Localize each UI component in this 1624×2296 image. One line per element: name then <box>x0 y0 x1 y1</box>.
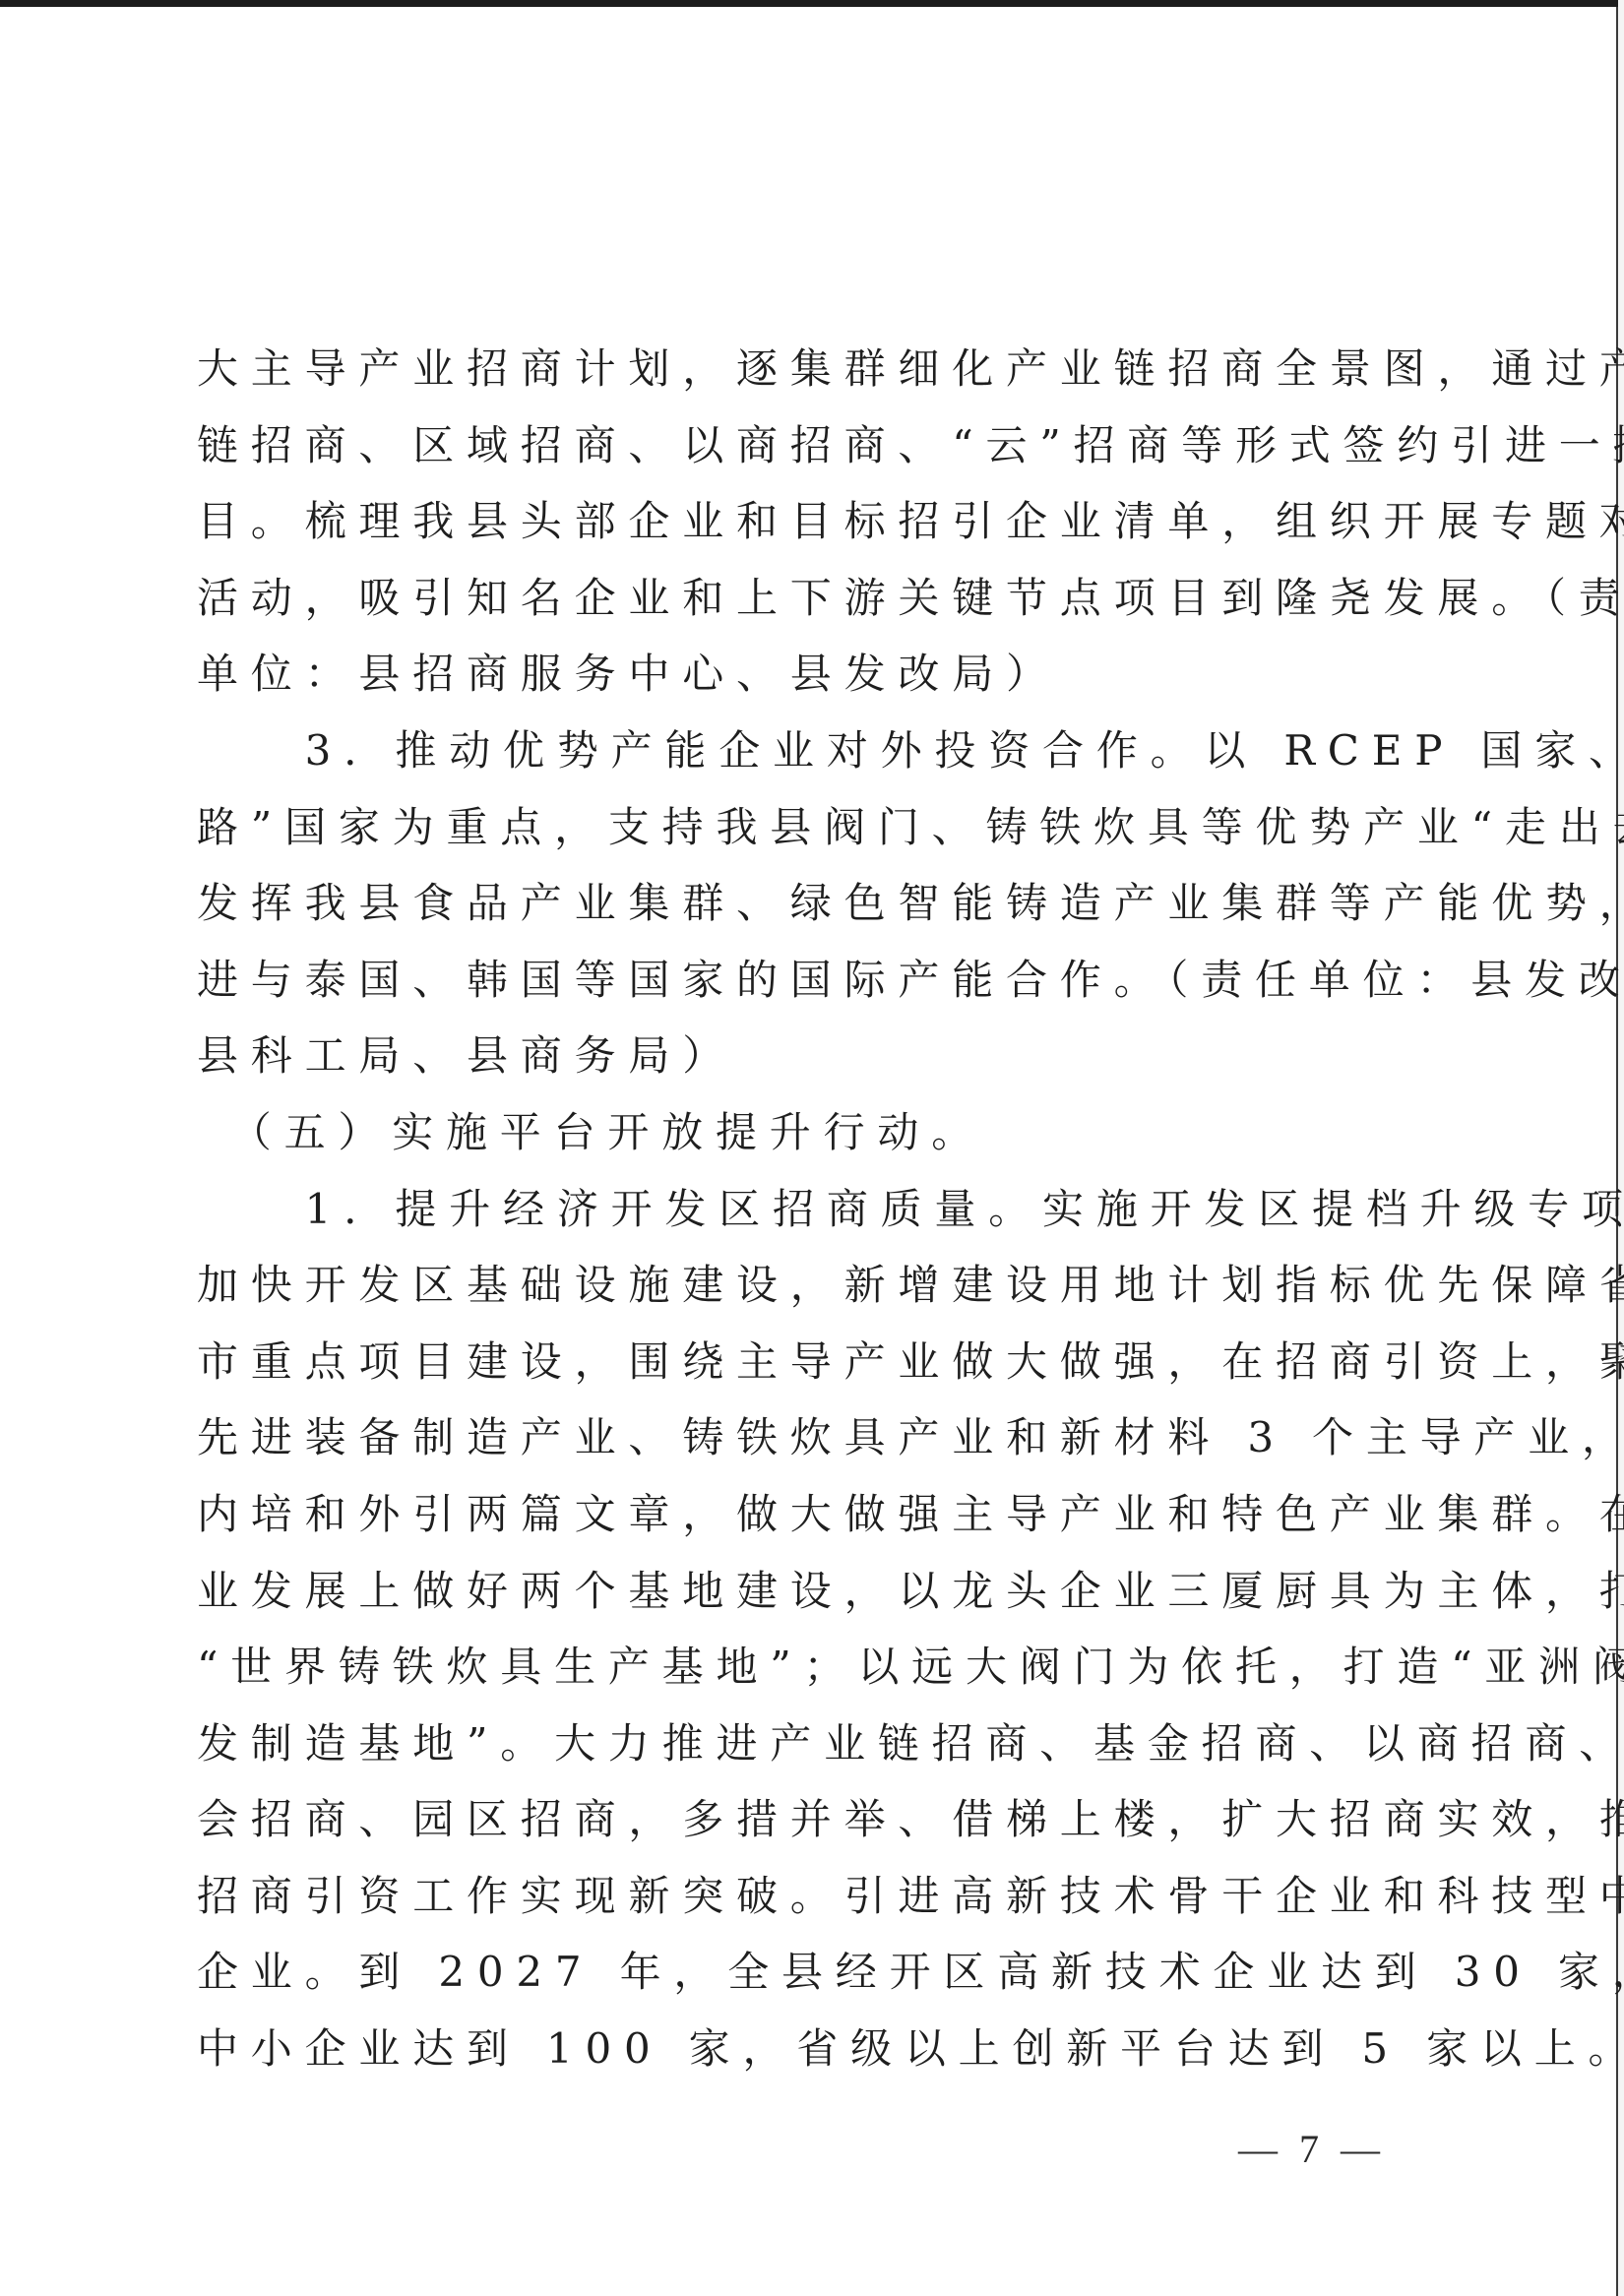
text-line: 活动，吸引知名企业和上下游关键节点项目到隆尧发展。（责任 <box>197 560 1388 637</box>
text-line: 县科工局、县商务局） <box>197 1018 1388 1094</box>
text-line: 加快开发区基础设施建设，新增建设用地计划指标优先保障省、 <box>197 1247 1388 1324</box>
text-line: 路”国家为重点，支持我县阀门、铸铁炊具等优势产业“走出去”， <box>197 789 1388 866</box>
scanned-document-page: 大主导产业招商计划，逐集群细化产业链招商全景图，通过产业 链招商、区域招商、以商… <box>0 0 1624 2296</box>
text-line: 单位：县招商服务中心、县发改局） <box>197 636 1388 713</box>
text-line: 进与泰国、韩国等国家的国际产能合作。（责任单位：县发改局 <box>197 942 1388 1019</box>
page-number: — 7 — <box>1238 2126 1386 2172</box>
section-heading-5: （五）实施平台开放提升行动。 <box>197 1094 1388 1171</box>
text-line: 业发展上做好两个基地建设，以龙头企业三厦厨具为主体，打造 <box>197 1553 1388 1630</box>
text-line: 内培和外引两篇文章，做大做强主导产业和特色产业集群。在产 <box>197 1476 1388 1553</box>
text-line: 目。梳理我县头部企业和目标招引企业清单，组织开展专题对接 <box>197 483 1388 560</box>
text-line: 先进装备制造产业、铸铁炊具产业和新材料 3 个主导产业，做好 <box>197 1399 1388 1476</box>
text-line: “世界铸铁炊具生产基地”；以远大阀门为依托，打造“亚洲阀门研 <box>197 1629 1388 1706</box>
text-line: 发制造基地”。大力推进产业链招商、基金招商、以商招商、商（协） <box>197 1706 1388 1782</box>
scan-top-border <box>0 0 1624 7</box>
text-line: 发挥我县食品产业集群、绿色智能铸造产业集群等产能优势，推 <box>197 865 1388 942</box>
text-line: 招商引资工作实现新突破。引进高新技术骨干企业和科技型中小 <box>197 1858 1388 1935</box>
paragraph-item-3-heading: 3. 推动优势产能企业对外投资合作。以 RCEP 国家、“一带一 <box>197 713 1388 789</box>
text-line: 企业。到 2027 年，全县经开区高新技术企业达到 30 家，科技型 <box>197 1934 1388 2011</box>
text-line: 中小企业达到 100 家，省级以上创新平台达到 5 家以上。（责任 <box>197 2011 1388 2087</box>
text-line: 链招商、区域招商、以商招商、“云”招商等形式签约引进一批项 <box>197 407 1388 484</box>
body-text: 大主导产业招商计划，逐集群细化产业链招商全景图，通过产业 链招商、区域招商、以商… <box>197 331 1388 2087</box>
text-line: 会招商、园区招商，多措并举、借梯上楼，扩大招商实效，推动 <box>197 1781 1388 1858</box>
text-line: 大主导产业招商计划，逐集群细化产业链招商全景图，通过产业 <box>197 331 1388 407</box>
text-line: 市重点项目建设，围绕主导产业做大做强，在招商引资上，聚焦 <box>197 1324 1388 1400</box>
paragraph-item-1-heading: 1. 提升经济开发区招商质量。实施开发区提档升级专项行动， <box>197 1171 1388 1248</box>
